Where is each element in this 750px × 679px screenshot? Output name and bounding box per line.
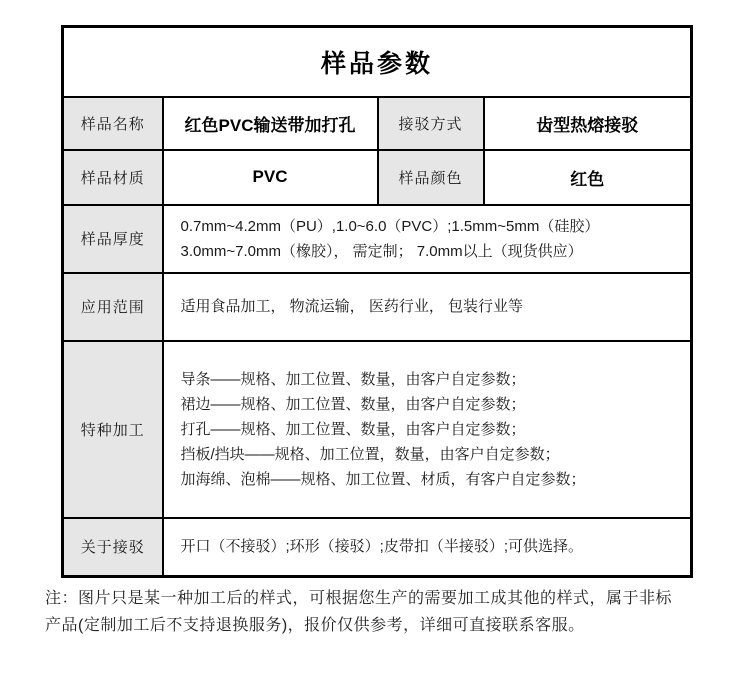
label-sample-name: 样品名称 [63, 97, 163, 150]
special-processing-line-5: 加海绵、泡棉——规格、加工位置、材质，有客户自定参数； [181, 467, 681, 492]
value-sample-name: 红色PVC输送带加打孔 [163, 97, 378, 150]
about-joint-line-1: 开口（不接驳）;环形（接驳）;皮带扣（半接驳）;可供选择。 [181, 534, 681, 559]
special-processing-line-2: 裙边——规格、加工位置、数量，由客户自定参数； [181, 392, 681, 417]
table-row: 应用范围 适用食品加工， 物流运输， 医药行业， 包装行业等 [63, 273, 692, 341]
table-row: 特种加工 导条——规格、加工位置、数量，由客户自定参数； 裙边——规格、加工位置… [63, 341, 692, 518]
footer-note: 注：图片只是某一种加工后的样式，可根据您生产的需要加工成其他的样式，属于非标 产… [45, 585, 715, 639]
value-thickness: 0.7mm~4.2mm（PU）,1.0~6.0（PVC）;1.5mm~5mm（硅… [163, 205, 692, 273]
value-special-processing: 导条——规格、加工位置、数量，由客户自定参数； 裙边——规格、加工位置、数量，由… [163, 341, 692, 518]
table-row: 关于接驳 开口（不接驳）;环形（接驳）;皮带扣（半接驳）;可供选择。 [63, 518, 692, 577]
value-sample-material: PVC [163, 150, 378, 205]
table-row: 样品厚度 0.7mm~4.2mm（PU）,1.0~6.0（PVC）;1.5mm~… [63, 205, 692, 273]
label-special-processing: 特种加工 [63, 341, 163, 518]
label-about-joint: 关于接驳 [63, 518, 163, 577]
table-row: 样品名称 红色PVC输送带加打孔 接驳方式 齿型热熔接驳 [63, 97, 692, 150]
label-sample-color: 样品颜色 [378, 150, 484, 205]
special-processing-line-3: 打孔——规格、加工位置、数量，由客户自定参数； [181, 417, 681, 442]
special-processing-line-1: 导条——规格、加工位置、数量，由客户自定参数； [181, 367, 681, 392]
footer-note-line-1: 注：图片只是某一种加工后的样式，可根据您生产的需要加工成其他的样式，属于非标 [45, 585, 715, 612]
thickness-line-2: 3.0mm~7.0mm（橡胶）， 需定制； 7.0mm以上（现货供应） [181, 239, 681, 264]
label-thickness: 样品厚度 [63, 205, 163, 273]
application-line-1: 适用食品加工， 物流运输， 医药行业， 包装行业等 [181, 294, 681, 319]
label-sample-material: 样品材质 [63, 150, 163, 205]
special-processing-line-4: 挡板/挡块——规格、加工位置，数量，由客户自定参数； [181, 442, 681, 467]
value-about-joint: 开口（不接驳）;环形（接驳）;皮带扣（半接驳）;可供选择。 [163, 518, 692, 577]
value-application-range: 适用食品加工， 物流运输， 医药行业， 包装行业等 [163, 273, 692, 341]
sample-parameters-table: 样品参数 样品名称 红色PVC输送带加打孔 接驳方式 齿型热熔接驳 样品材质 P… [61, 25, 693, 578]
table-row: 样品参数 [63, 27, 692, 97]
table-row: 样品材质 PVC 样品颜色 红色 [63, 150, 692, 205]
value-sample-color: 红色 [484, 150, 692, 205]
table-title: 样品参数 [63, 27, 692, 97]
value-joint-method: 齿型热熔接驳 [484, 97, 692, 150]
label-joint-method: 接驳方式 [378, 97, 484, 150]
footer-note-line-2: 产品(定制加工后不支持退换服务)，报价仅供参考，详细可直接联系客服。 [45, 612, 715, 639]
thickness-line-1: 0.7mm~4.2mm（PU）,1.0~6.0（PVC）;1.5mm~5mm（硅… [181, 214, 681, 239]
label-application-range: 应用范围 [63, 273, 163, 341]
